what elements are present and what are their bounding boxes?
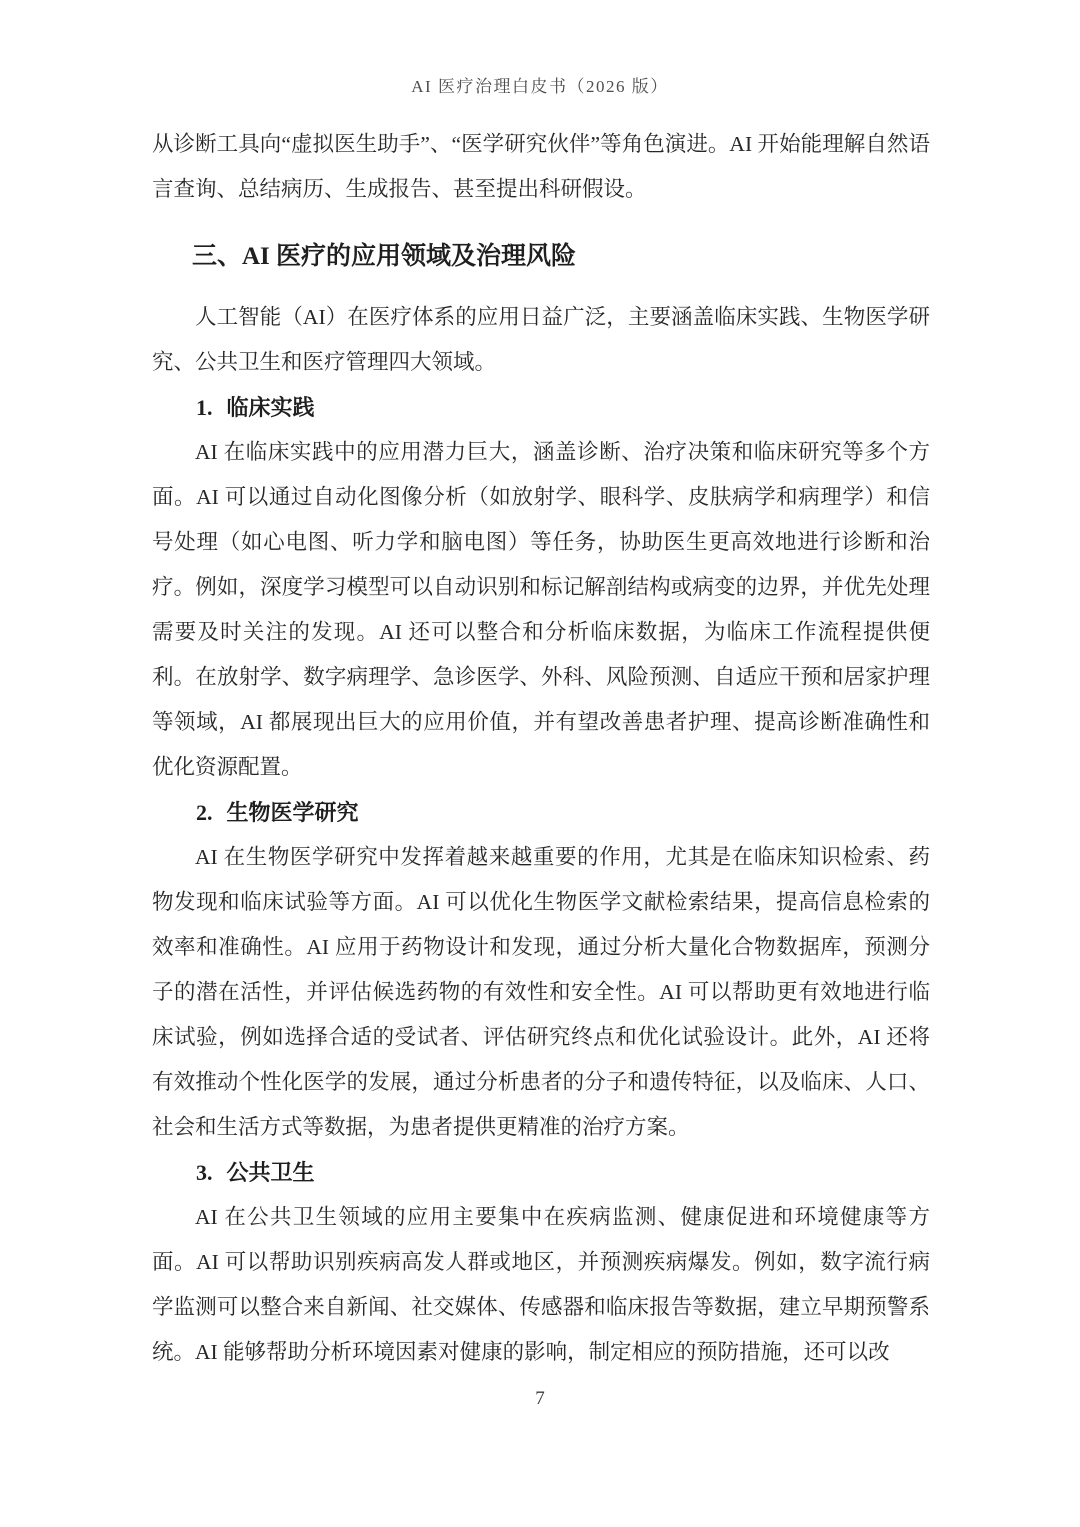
subsection-title: 生物医学研究 (227, 800, 359, 825)
page-content: 从诊断工具向“虚拟医生助手”、“医学研究伙伴”等角色演进。AI 开始能理解自然语… (152, 122, 930, 1375)
intro-paragraph: 从诊断工具向“虚拟医生助手”、“医学研究伙伴”等角色演进。AI 开始能理解自然语… (152, 122, 930, 212)
subsection-number: 2. (196, 800, 213, 825)
subsection-heading-public-health: 3.公共卫生 (152, 1150, 930, 1195)
page-number: 7 (0, 1388, 1080, 1410)
subsection-heading-clinical-practice: 1.临床实践 (152, 385, 930, 430)
subsection-body-clinical-practice: AI 在临床实践中的应用潜力巨大，涵盖诊断、治疗决策和临床研究等多个方面。AI … (152, 430, 930, 790)
running-header: AI 医疗治理白皮书（2026 版） (0, 72, 1080, 97)
document-page: AI 医疗治理白皮书（2026 版） 从诊断工具向“虚拟医生助手”、“医学研究伙… (0, 0, 1080, 1527)
section-heading: 三、AI 医疗的应用领域及治理风险 (152, 234, 930, 279)
subsection-heading-biomedical-research: 2.生物医学研究 (152, 790, 930, 835)
subsection-title: 公共卫生 (227, 1160, 315, 1185)
subsection-body-public-health: AI 在公共卫生领域的应用主要集中在疾病监测、健康促进和环境健康等方面。AI 可… (152, 1195, 930, 1375)
subsection-body-biomedical-research: AI 在生物医学研究中发挥着越来越重要的作用，尤其是在临床知识检索、药物发现和临… (152, 835, 930, 1150)
subsection-number: 1. (196, 395, 213, 420)
subsection-number: 3. (196, 1160, 213, 1185)
section-intro-paragraph: 人工智能（AI）在医疗体系的应用日益广泛，主要涵盖临床实践、生物医学研究、公共卫… (152, 295, 930, 385)
subsection-title: 临床实践 (227, 395, 315, 420)
